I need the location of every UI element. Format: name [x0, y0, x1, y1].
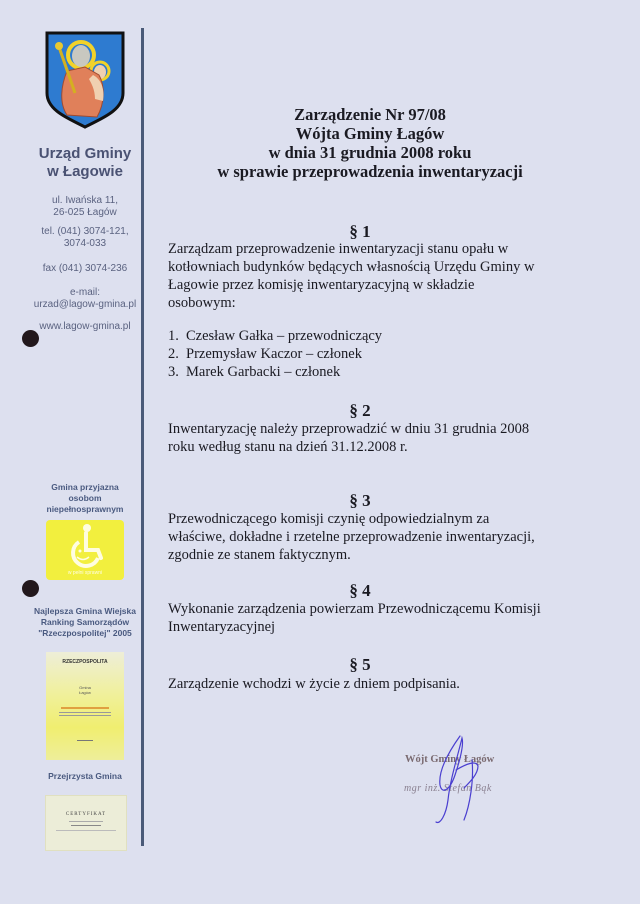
phone-line2: 3074-033	[20, 238, 150, 250]
section-line: zgodnie ze stanem faktycznym.	[168, 546, 588, 564]
office-address: ul. Iwańska 11, 26-025 Łagów	[20, 195, 150, 219]
email-link[interactable]: urzad@lagow-gmina.pl	[20, 299, 150, 311]
list-number: 2.	[168, 345, 186, 363]
award2-line3: "Rzeczpospolitej" 2005	[20, 628, 150, 639]
office-email: e-mail: urzad@lagow-gmina.pl	[20, 287, 150, 311]
award2-line1: Najlepsza Gmina Wiejska	[20, 606, 150, 617]
section-4-text: Wykonanie zarządzenia powierzam Przewodn…	[168, 600, 588, 636]
email-label: e-mail:	[20, 287, 150, 299]
ranking-certificate-image: RZECZPOSPOLITA Gmina Łagów	[46, 652, 124, 760]
section-line: Przewodniczącego komisji czynię odpowied…	[168, 510, 588, 528]
list-item: 1.Czesław Gałka – przewodniczący	[168, 327, 382, 345]
office-name-line1: Urząd Gminy	[20, 145, 150, 163]
handwritten-signature-icon	[420, 730, 500, 830]
cert1-signature	[77, 734, 93, 741]
cert1-name1: Gmina	[46, 665, 124, 690]
list-number: 3.	[168, 363, 186, 381]
section-1-text: Zarządzam przeprowadzenie inwentaryzacji…	[168, 240, 588, 312]
cert2-line	[69, 821, 103, 822]
cert1-line	[59, 712, 111, 713]
office-website: www.lagow-gmina.pl	[20, 321, 150, 333]
cert1-rule	[61, 707, 109, 709]
issue-date: w dnia 31 grudnia 2008 roku	[160, 143, 580, 162]
address-street: ul. Iwańska 11,	[20, 195, 150, 207]
section-2-mark: § 2	[160, 402, 560, 420]
list-item: 3.Marek Garbacki – członek	[168, 363, 382, 381]
office-name-line2: w Łagowie	[20, 163, 150, 181]
sidebar-letterhead: Urząd Gminy w Łagowie ul. Iwańska 11, 26…	[0, 0, 140, 904]
section-line: Łagowie przez komisję inwentaryzacyjną w…	[168, 276, 588, 294]
letterhead-divider	[141, 28, 144, 846]
cert2-line	[56, 830, 116, 831]
list-item: 2.Przemysław Kaczor – członek	[168, 345, 382, 363]
cert1-name2: Łagów	[46, 690, 124, 695]
section-3-mark: § 3	[160, 492, 560, 510]
badge-slogan: w pełni sprawni	[46, 570, 124, 576]
member-name: Przemysław Kaczor – członek	[186, 346, 362, 362]
section-5-text: Zarządzenie wchodzi w życie z dniem podp…	[168, 675, 588, 693]
website-link[interactable]: www.lagow-gmina.pl	[20, 321, 150, 333]
cert1-line	[59, 715, 111, 716]
cert2-line	[71, 825, 101, 826]
address-postal: 26-025 Łagów	[20, 207, 150, 219]
ordinance-number: Zarządzenie Nr 97/08	[160, 105, 580, 124]
award-transparent-caption: Przejrzysta Gmina	[20, 771, 150, 782]
award-ranking-caption: Najlepsza Gmina Wiejska Ranking Samorząd…	[20, 606, 150, 639]
section-line: właściwe, dokładne i rzetelne przeprowad…	[168, 528, 588, 546]
member-name: Czesław Gałka – przewodniczący	[186, 328, 382, 344]
section-line: Wykonanie zarządzenia powierzam Przewodn…	[168, 600, 588, 618]
member-name: Marek Garbacki – członek	[186, 364, 340, 380]
cert2-header: CERTYFIKAT	[46, 796, 126, 817]
section-line: roku według stanu na dzień 31.12.2008 r.	[168, 438, 588, 456]
award-accessible-caption: Gmina przyjazna osobom niepełnosprawnym	[20, 482, 150, 515]
fax-number: fax (041) 3074-236	[20, 263, 150, 275]
section-line: Inwentaryzacyjnej	[168, 618, 588, 636]
award1-line2: osobom	[20, 493, 150, 504]
section-5-mark: § 5	[160, 656, 560, 674]
accessibility-badge: w pełni sprawni	[46, 520, 124, 580]
punch-hole	[22, 330, 39, 347]
section-line: osobowym:	[168, 294, 588, 312]
document-heading: Zarządzenie Nr 97/08 Wójta Gminy Łagów w…	[160, 105, 580, 181]
section-line: Zarządzenie wchodzi w życie z dniem podp…	[168, 675, 588, 693]
section-line: kotłowniach budynków będących własnością…	[168, 258, 588, 276]
section-1-mark: § 1	[160, 223, 560, 241]
section-4-mark: § 4	[160, 582, 560, 600]
office-fax: fax (041) 3074-236	[20, 263, 150, 275]
office-phone: tel. (041) 3074-121, 3074-033	[20, 226, 150, 250]
phone-line1: tel. (041) 3074-121,	[20, 226, 150, 238]
transparency-certificate-image: CERTYFIKAT	[45, 795, 127, 851]
section-2-text: Inwentaryzację należy przeprowadzić w dn…	[168, 420, 588, 456]
section-line: Inwentaryzację należy przeprowadzić w dn…	[168, 420, 588, 438]
coat-of-arms-icon	[45, 31, 125, 129]
subject: w sprawie przeprowadzenia inwentaryzacji	[160, 162, 580, 181]
issuer: Wójta Gminy Łagów	[160, 124, 580, 143]
award1-line1: Gmina przyjazna	[20, 482, 150, 493]
list-number: 1.	[168, 327, 186, 345]
commission-members-list: 1.Czesław Gałka – przewodniczący 2.Przem…	[168, 327, 382, 381]
award1-line3: niepełnosprawnym	[20, 504, 150, 515]
cert1-header: RZECZPOSPOLITA	[46, 652, 124, 665]
office-name: Urząd Gminy w Łagowie	[20, 145, 150, 181]
award2-line2: Ranking Samorządów	[20, 617, 150, 628]
section-3-text: Przewodniczącego komisji czynię odpowied…	[168, 510, 588, 564]
section-line: Zarządzam przeprowadzenie inwentaryzacji…	[168, 240, 588, 258]
award3-title: Przejrzysta Gmina	[20, 771, 150, 782]
punch-hole	[22, 580, 39, 597]
